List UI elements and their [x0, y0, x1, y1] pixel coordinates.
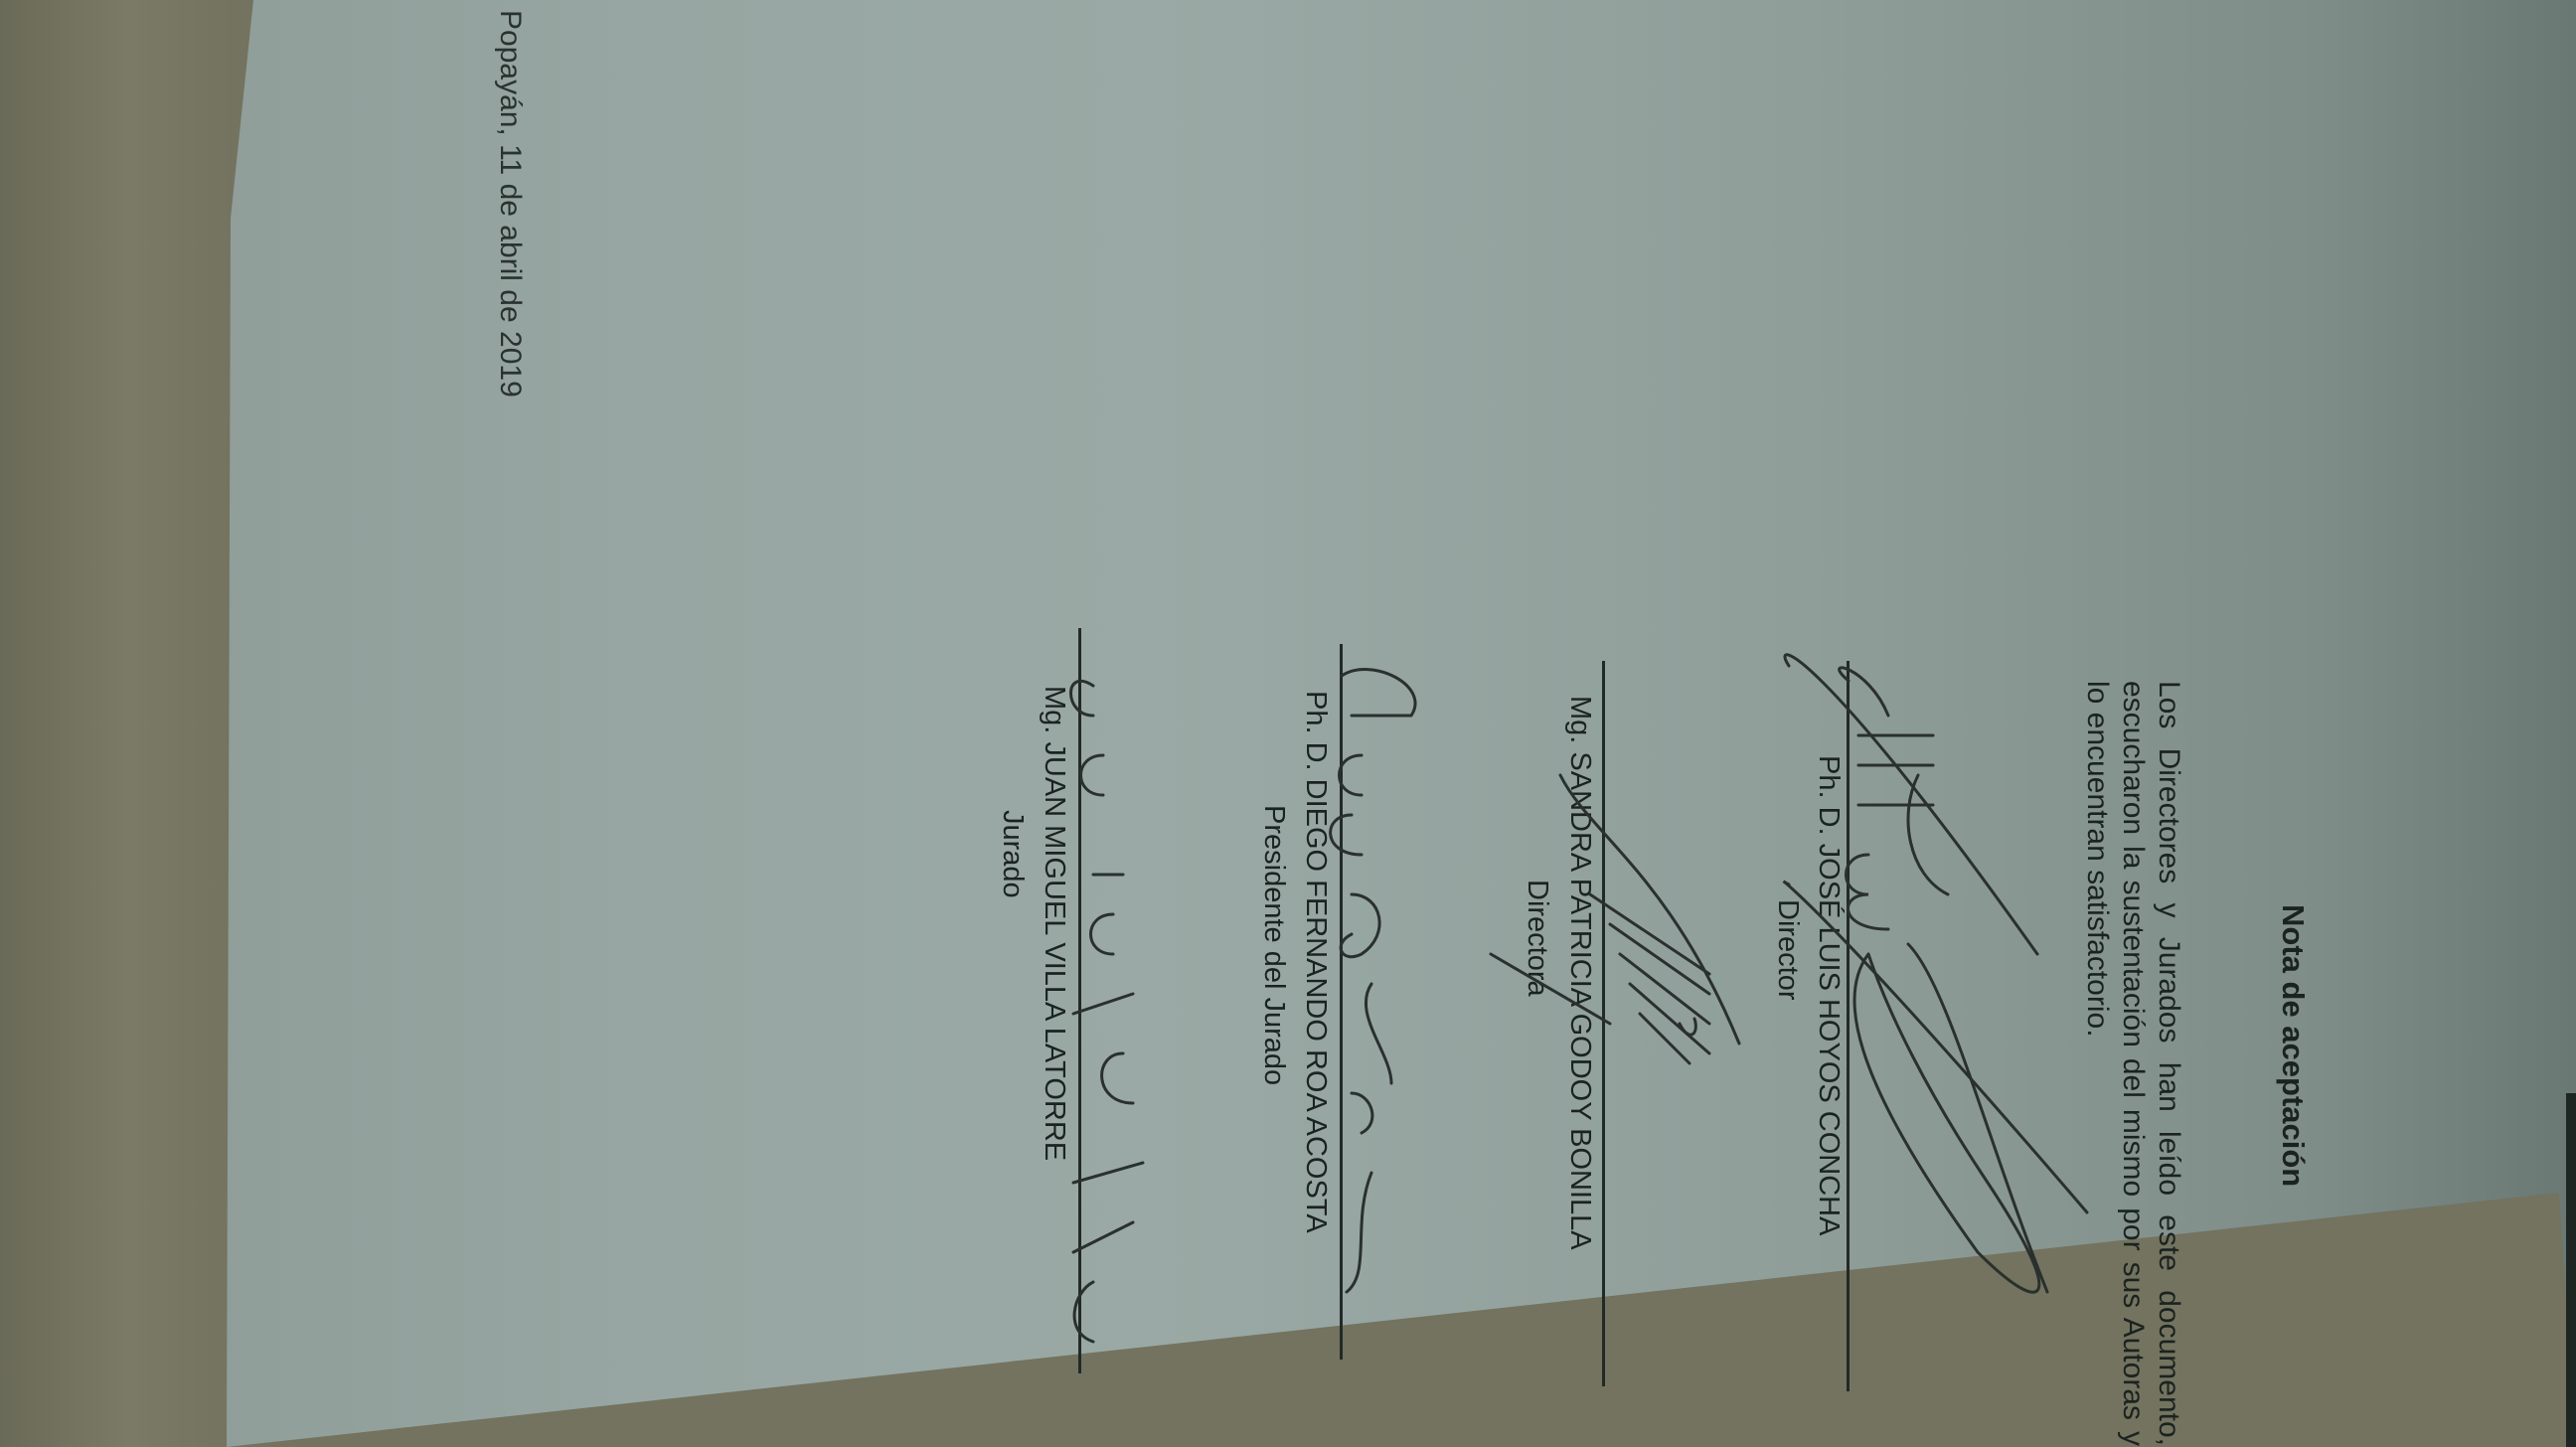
signatory-name-2: Mg. SANDRA PATRICIA GODOY BONILLA — [1563, 696, 1596, 1250]
signature-line-2 — [1602, 661, 1605, 1386]
signature-line-4 — [1078, 628, 1081, 1373]
signature-line-1 — [1847, 661, 1850, 1391]
signatory-role-2: Directora — [1521, 880, 1553, 997]
document-title: Nota de aceptación — [2275, 904, 2311, 1187]
place-and-date: Popayán, 11 de abril de 2019 — [493, 10, 527, 398]
document-page — [0, 0, 2576, 1447]
page-edge-shadow — [2566, 1093, 2576, 1447]
signatory-role-3: Presidente del Jurado — [1257, 805, 1290, 1085]
signature-line-3 — [1340, 644, 1343, 1360]
acceptance-paragraph: Los Directores y Jurados han leído este … — [2079, 681, 2186, 1446]
signatory-role-1: Director — [1771, 899, 1804, 1001]
signatory-role-4: Jurado — [996, 810, 1029, 898]
signatory-name-4: Mg. JUAN MIGUEL VILLA LATORRE — [1038, 686, 1070, 1161]
signatory-name-3: Ph. D. DIEGO FERNANDO ROA ACOSTA — [1299, 691, 1332, 1233]
signatory-name-1: Ph. D. JOSÉ LUIS HOYOS CONCHA — [1812, 755, 1845, 1235]
